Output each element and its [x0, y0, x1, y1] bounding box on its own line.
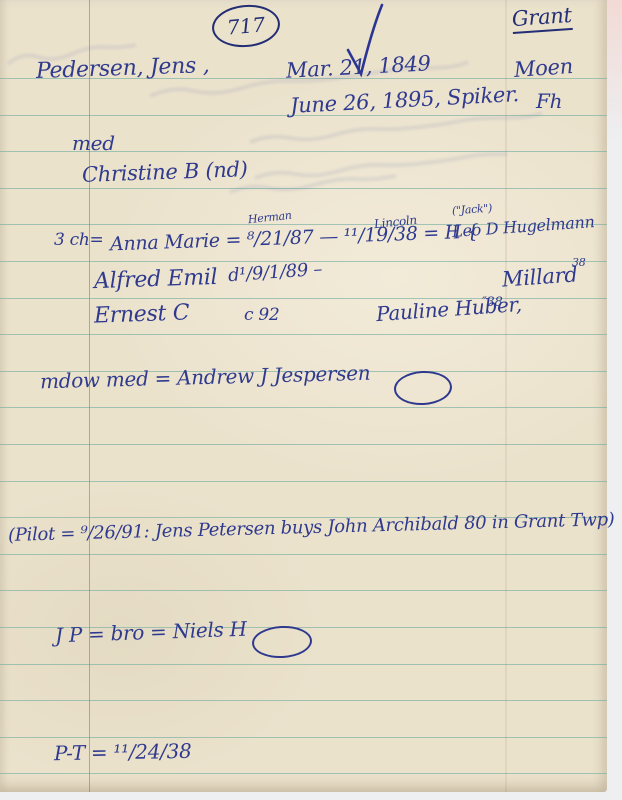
rule-line [0, 737, 607, 738]
vertical-crease [505, 0, 507, 792]
ink-bleedthrough [0, 0, 622, 800]
entry-death-right: Fh [536, 90, 562, 112]
child-ernest-name: Ernest C [94, 301, 190, 328]
entry-death-line: June 26, 1895, Spiker. [290, 83, 520, 118]
rule-line [0, 407, 607, 408]
entry-name: Pedersen, Jens , [36, 54, 210, 84]
anna-annotation-jack: ("Jack") [452, 203, 493, 218]
child-ernest-date: c 92 [244, 306, 279, 325]
child-alfred-name: Alfred Emil [94, 266, 218, 294]
rule-line [0, 664, 607, 665]
source-citation: P-T = ¹¹/24/38 [54, 740, 192, 764]
rule-line [0, 773, 607, 774]
rule-line [0, 334, 607, 335]
children-count-label: 3 ch= [54, 231, 103, 250]
alfred-right-sup: 38 [572, 257, 585, 269]
rule-line [0, 700, 607, 701]
scan-background: 717 Grant Pedersen, Jens , Mar. 21, 1849… [0, 0, 622, 800]
child-alfred-date: d¹/9/1/89 – [227, 260, 322, 286]
ernest-spouse-sup: ″38 [482, 296, 503, 310]
circled-page-number: 717 [210, 2, 281, 50]
rule-line [0, 444, 607, 445]
pilot-newspaper-note: (Pilot = ⁹/26/91: Jens Petersen buys Joh… [8, 510, 615, 546]
township-heading: Grant [511, 4, 572, 34]
married-label: med [72, 132, 115, 154]
rule-line [0, 188, 607, 189]
entry-birth-right: Moen [513, 55, 573, 82]
blank-oval-2 [251, 624, 313, 659]
spouse-name: Christine B (nd) [82, 158, 248, 187]
brother-line: J P = bro = Niels H [55, 618, 247, 647]
alfred-right: Millard [501, 263, 578, 291]
page-number: 717 [226, 12, 266, 39]
anna-spouse: Leo D Hugelmann [452, 213, 596, 241]
blank-oval-1 [393, 370, 453, 407]
rule-line [0, 554, 607, 555]
alfred-date-value: ¹/9/1/89 – [239, 259, 323, 286]
rule-line [0, 481, 607, 482]
notebook-page: 717 Grant Pedersen, Jens , Mar. 21, 1849… [0, 0, 607, 792]
child-anna-line: Anna Marie = ⁸/21/87 — ¹¹/19/38 = H { [110, 222, 479, 256]
rule-line [0, 590, 607, 591]
left-margin-line [89, 0, 90, 792]
